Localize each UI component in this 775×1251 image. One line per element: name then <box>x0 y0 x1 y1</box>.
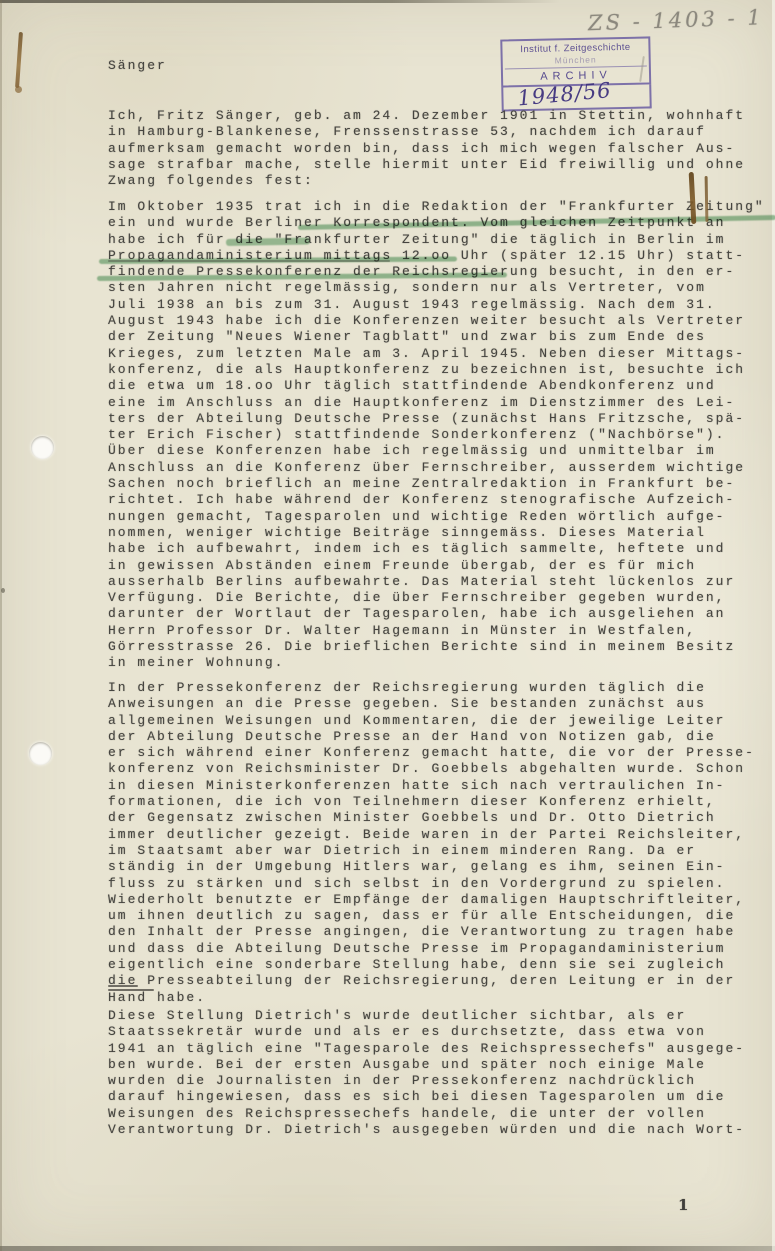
paragraph-tagesparole: Diese Stellung Dietrich's wurde deutlich… <box>108 1008 745 1138</box>
paragraph-press-conferences: Im Oktober 1935 trat ich in die Redaktio… <box>108 199 765 672</box>
paragraph-oath-intro: Ich, Fritz Sänger, geb. am 24. Dezember … <box>108 108 745 189</box>
typed-underline-hand <box>108 989 154 991</box>
punch-hole-top <box>31 436 54 459</box>
pencil-mark-top-left <box>15 32 23 88</box>
scan-edge-left <box>0 0 2 1251</box>
paper-fleck <box>1 588 5 593</box>
page-number: 1 <box>678 1196 688 1214</box>
stamp-city: München <box>505 54 647 67</box>
typed-underline-die <box>108 985 138 987</box>
archive-stamp: Institut f. Zeitgeschichte München ARCHI… <box>500 36 651 111</box>
scanned-document-page: ZS - 1403 - 1 Institut f. Zeitgeschichte… <box>0 0 775 1251</box>
pencil-dot-top-left <box>15 86 22 93</box>
scan-edge-top <box>0 0 560 3</box>
handwritten-reference-number: ZS - 1403 - 1 <box>588 5 775 36</box>
paragraph-goebbels-dietrich: In der Pressekonferenz der Reichsregieru… <box>108 680 755 1006</box>
scan-edge-bottom <box>0 1246 775 1251</box>
green-strike-die <box>226 238 310 246</box>
punch-hole-bottom <box>29 742 52 765</box>
typed-underline-propaganda <box>108 260 390 262</box>
archive-stamp-box: Institut f. Zeitgeschichte München ARCHI… <box>500 36 651 87</box>
page-header-name: Sänger <box>108 58 167 74</box>
